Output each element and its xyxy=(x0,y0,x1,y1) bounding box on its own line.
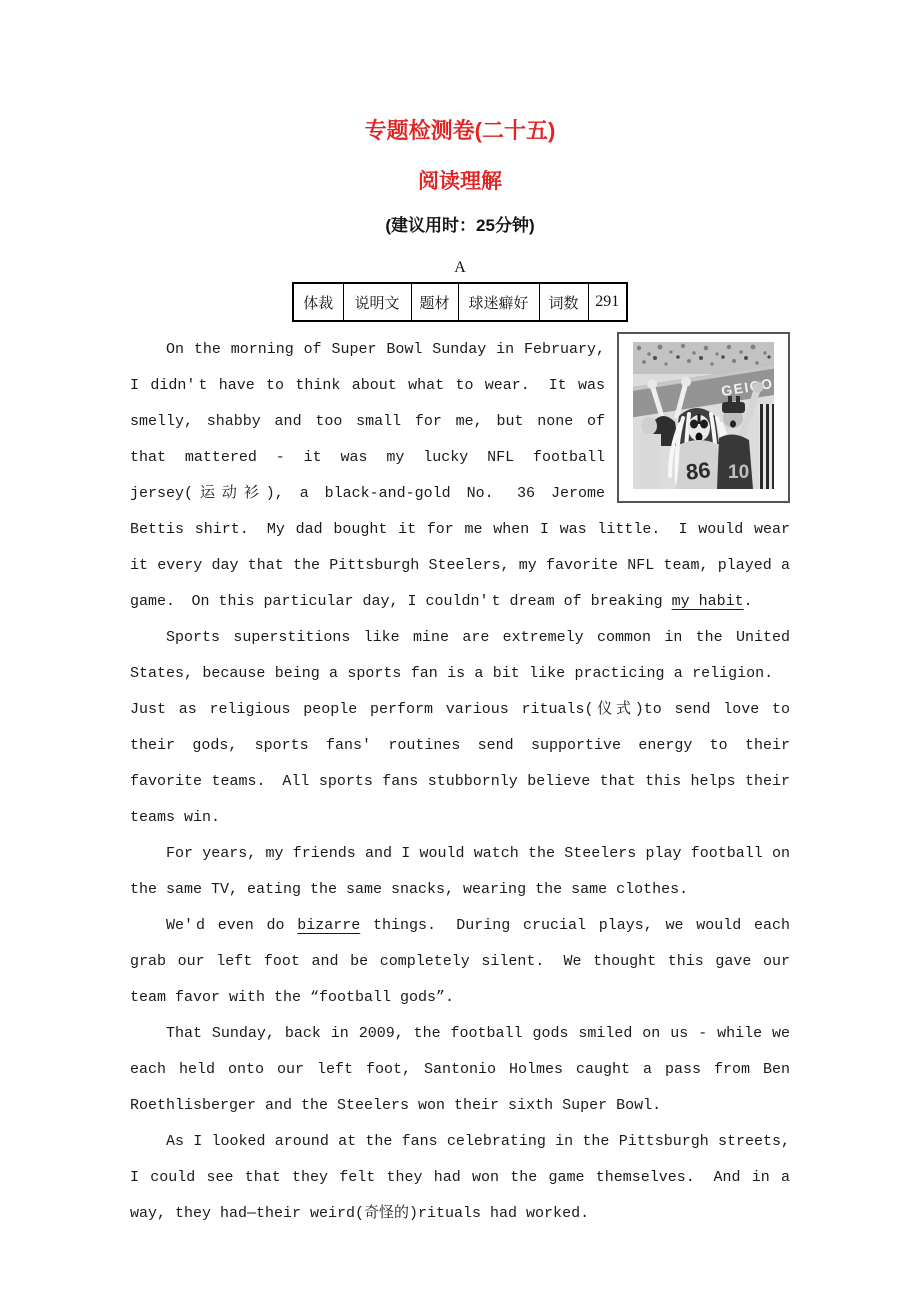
paragraph: That Sunday, back in 2009, the football … xyxy=(130,1016,790,1124)
page-subtitle: 阅读理解 xyxy=(130,168,790,196)
paragraph: We' d even do bizarre things. During cru… xyxy=(130,908,790,1016)
content: 专题检测卷(二十五) 阅读理解 (建议用时：25分钟) A 体裁 说明文 题材 … xyxy=(0,0,920,1232)
section-label: A xyxy=(130,260,790,276)
striped-figure xyxy=(759,404,774,489)
time-note: (建议用时：25分钟) xyxy=(130,214,790,238)
text-segment: For years, my friends and I would watch … xyxy=(130,845,790,898)
text-segment: We' d even do xyxy=(166,917,297,934)
text-segment: That Sunday, back in 2009, the football … xyxy=(130,1025,790,1114)
info-table-cell-topic-value: 球迷癖好 xyxy=(458,283,539,321)
text-segment: As I looked around at the fans celebrati… xyxy=(130,1133,790,1222)
info-table-cell-genre-label: 体裁 xyxy=(293,283,343,321)
page: 专题检测卷(二十五) 阅读理解 (建议用时：25分钟) A 体裁 说明文 题材 … xyxy=(0,0,920,1302)
right-jersey-number: 10 xyxy=(728,462,749,483)
info-table-cell-wordcount-value: 291 xyxy=(588,283,627,321)
info-table-cell-topic-label: 题材 xyxy=(411,283,458,321)
fans-photo-frame: GEICO xyxy=(617,332,790,503)
info-table: 体裁 说明文 题材 球迷癖好 词数 291 xyxy=(292,282,628,322)
info-table-cell-wordcount-label: 词数 xyxy=(539,283,588,321)
text-segment: Sports superstitions like mine are extre… xyxy=(130,629,790,826)
paragraph: For years, my friends and I would watch … xyxy=(130,836,790,908)
left-jersey-number: 86 xyxy=(685,457,712,484)
underlined-phrase: my habit xyxy=(672,593,744,610)
fans-photo: GEICO xyxy=(633,342,774,489)
paragraph: As I looked around at the fans celebrati… xyxy=(130,1124,790,1232)
paragraph: Sports superstitions like mine are extre… xyxy=(130,620,790,836)
page-title: 专题检测卷(二十五) xyxy=(130,0,790,146)
underlined-phrase: bizarre xyxy=(297,917,360,934)
info-table-cell-genre-value: 说明文 xyxy=(343,283,411,321)
info-table-row: 体裁 说明文 题材 球迷癖好 词数 291 xyxy=(293,283,627,321)
text-segment: . xyxy=(744,593,753,610)
article: GEICO xyxy=(130,332,790,1232)
